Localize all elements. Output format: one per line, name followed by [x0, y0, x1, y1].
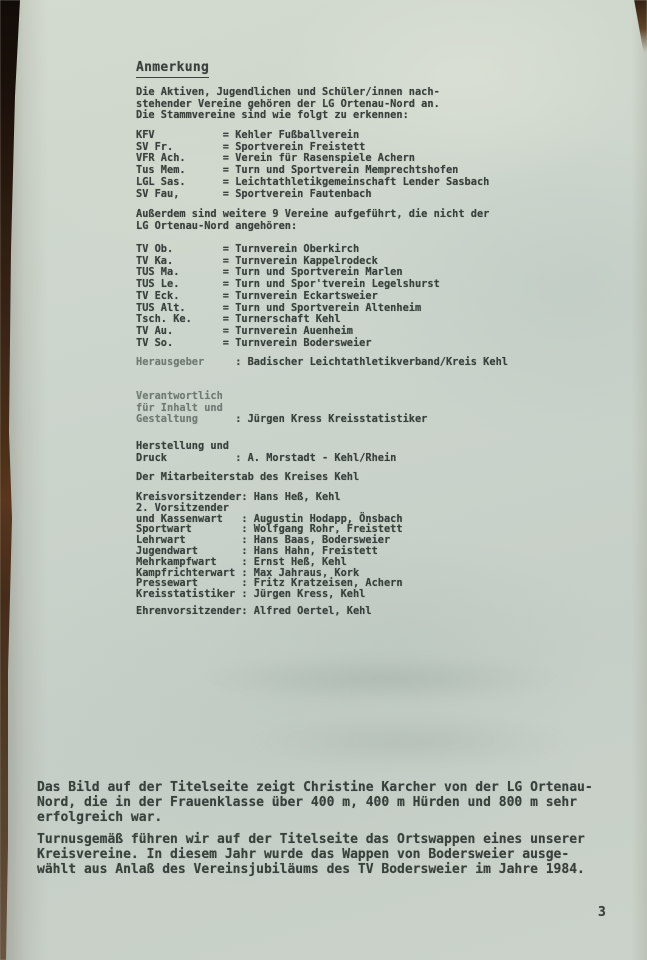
- text-span: : A. Morstadt - Kehl/Rhein: [235, 452, 396, 464]
- member-club-list: KFV = Kehler FußballvereinSV Fr. = Sport…: [136, 130, 489, 200]
- note-heading-text: Anmerkung: [136, 60, 209, 78]
- club-abbreviation-line: TV Eck. = Turnverein Eckartsweier: [136, 291, 440, 303]
- left-binding-edge: [0, 0, 22, 960]
- page-number: 3: [598, 905, 606, 920]
- ink-showthrough-smudge: [200, 655, 560, 703]
- note-heading: Anmerkung: [136, 62, 209, 75]
- official-line: Kreisstatistiker : Jürgen Kress, Kehl: [136, 589, 403, 600]
- other-club-list: TV Ob. = Turnverein OberkirchTV Ka. = Tu…: [136, 244, 440, 349]
- text-span: : Jürgen Kress Kreisstatistiker: [235, 413, 427, 425]
- faded-text-span: Herausgeber: [136, 356, 235, 368]
- faded-text-span: Verantwortlich: [136, 390, 223, 402]
- staff-heading: Der Mitarbeiterstab des Kreises Kehl: [136, 472, 359, 484]
- text-line: Außerdem sind weitere 9 Vereine aufgefüh…: [136, 209, 489, 221]
- club-abbreviation-line: TV Ob. = Turnverein Oberkirch: [136, 244, 440, 256]
- footer-paragraph-cover-photo: Das Bild auf der Titelseite zeigt Christ…: [37, 780, 593, 826]
- ink-showthrough-smudge: [250, 715, 570, 769]
- other-clubs-intro: Außerdem sind weitere 9 Vereine aufgefüh…: [136, 209, 489, 232]
- imprint-production: Herstellung undDruck : A. Morstadt - Keh…: [136, 441, 396, 464]
- imprint-responsible: Verantwortlichfür Inhalt undGestaltung :…: [136, 391, 427, 426]
- club-abbreviation-line: SV Fau, = Sportverein Fautenbach: [136, 189, 489, 201]
- text-line: Ehrenvorsitzender: Alfred Oertel, Kehl: [136, 606, 372, 617]
- imprint-publisher: Herausgeber : Badischer Leichtathletikve…: [136, 357, 508, 369]
- note-intro-paragraph: Die Aktiven, Jugendlichen und Schüler/in…: [136, 87, 440, 122]
- text-line: LG Ortenau-Nord angehören:: [136, 221, 489, 233]
- faded-text-span: Gestaltung: [136, 413, 235, 425]
- faded-text-span: für Inhalt und: [136, 402, 223, 414]
- club-abbreviation-line: TV Au. = Turnverein Auenheim: [136, 326, 440, 338]
- text-line: Die Stammvereine sind wie folgt zu erken…: [136, 110, 440, 122]
- staff-officials-list: Kreisvorsitzender: Hans Heß, Kehl2. Vors…: [136, 492, 403, 600]
- club-abbreviation-line: LGL Sas. = Leichtathletikgemeinschaft Le…: [136, 177, 489, 189]
- text-line: Das Bild auf der Titelseite zeigt Christ…: [37, 780, 593, 795]
- text-line: wählt aus Anlaß des Vereinsjubiläums des…: [37, 862, 585, 877]
- text-line: Herausgeber : Badischer Leichtathletikve…: [136, 357, 508, 369]
- text-line: Turnusgemäß führen wir auf der Titelseit…: [37, 832, 585, 847]
- honorary-chairman-line: Ehrenvorsitzender: Alfred Oertel, Kehl: [136, 606, 372, 617]
- official-line: Mehrkampfwart : Ernst Heß, Kehl: [136, 557, 403, 568]
- club-abbreviation-line: TV So. = Turnverein Bodersweier: [136, 338, 440, 350]
- text-line: Die Aktiven, Jugendlichen und Schüler/in…: [136, 87, 440, 99]
- top-right-page-corner: [631, 0, 647, 52]
- scanned-page: Anmerkung Die Aktiven, Jugendlichen und …: [0, 0, 647, 960]
- text-span: Druck: [136, 452, 235, 464]
- text-line: Druck : A. Morstadt - Kehl/Rhein: [136, 453, 396, 465]
- official-line: 2. Vorsitzender: [136, 503, 403, 514]
- text-line: Kreisvereine. In diesem Jahr wurde das W…: [37, 847, 585, 862]
- text-line: Nord, die in der Frauenklasse über 400 m…: [37, 795, 593, 810]
- text-span: : Badischer Leichtathletikverband/Kreis …: [235, 356, 508, 368]
- club-abbreviation-line: KFV = Kehler Fußballverein: [136, 130, 489, 142]
- text-line: Gestaltung : Jürgen Kress Kreisstatistik…: [136, 414, 427, 426]
- text-line: erfolgreich war.: [37, 810, 593, 825]
- footer-paragraph-coat-of-arms: Turnusgemäß führen wir auf der Titelseit…: [37, 832, 585, 878]
